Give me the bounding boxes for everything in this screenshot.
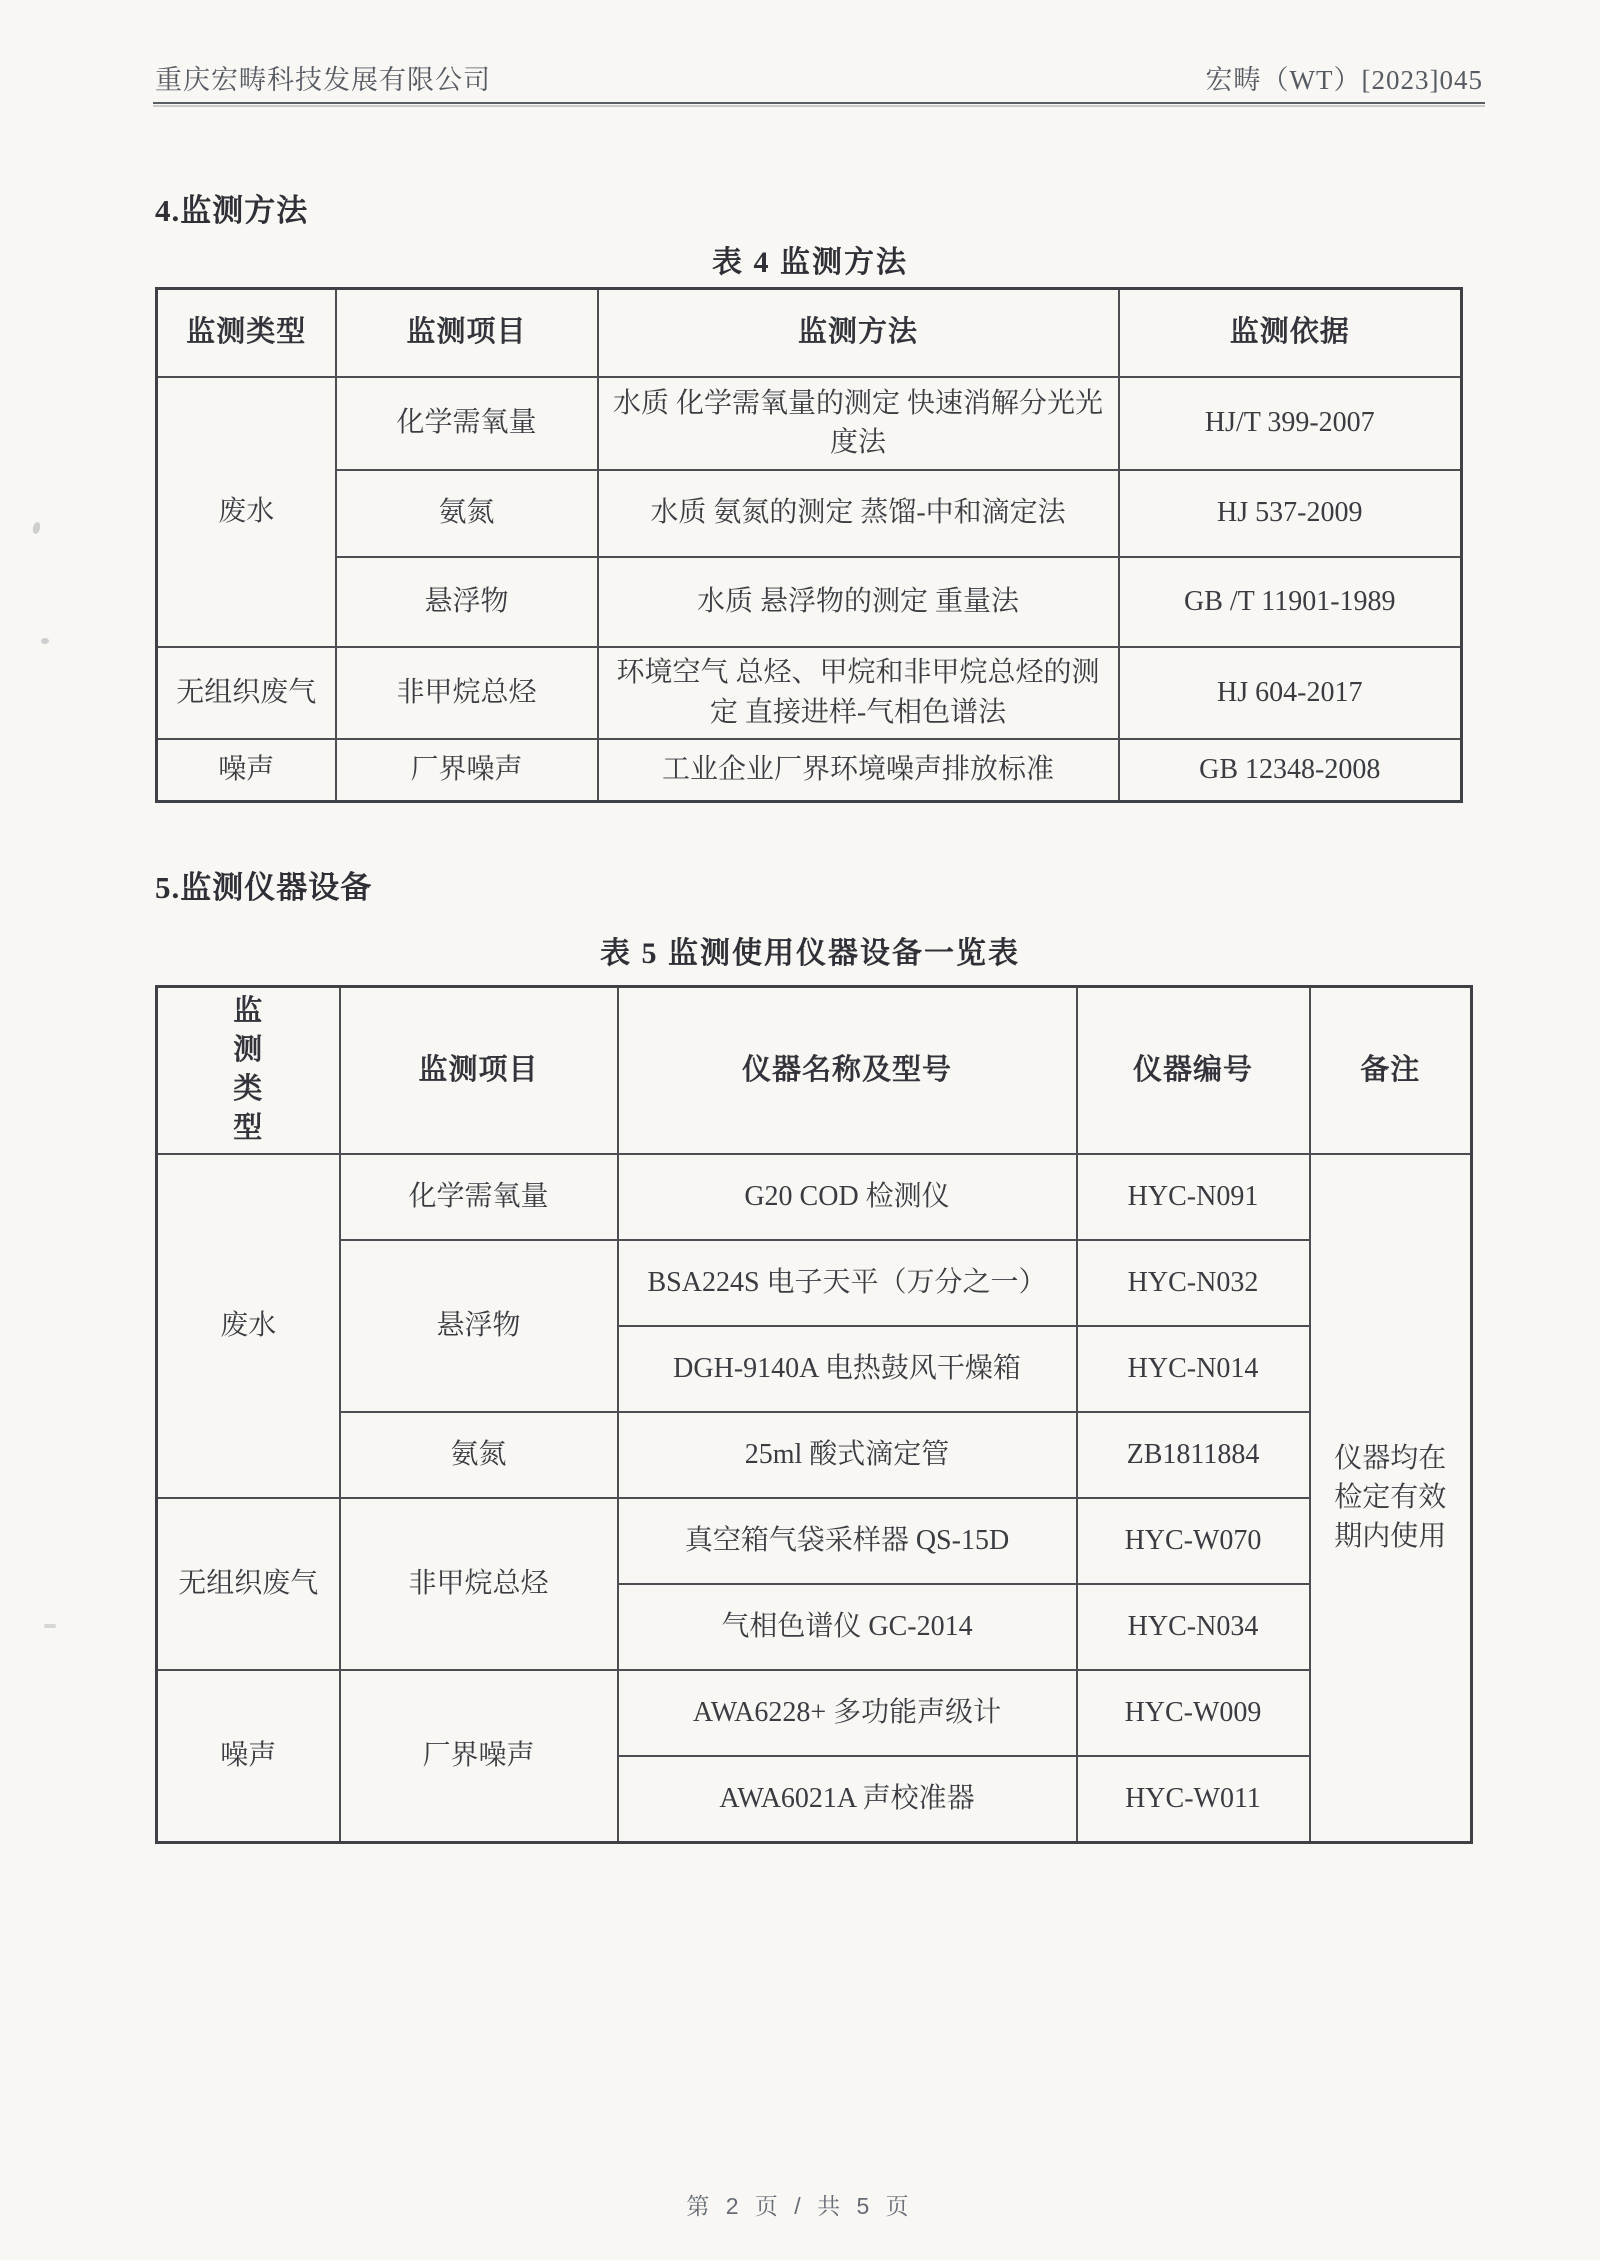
instrument-code-cell: HYC-N034 <box>1077 1584 1310 1670</box>
instrument-code-cell: HYC-N032 <box>1077 1240 1310 1326</box>
monitor-item-cell: 化学需氧量 <box>340 1154 618 1240</box>
scan-artifact <box>41 638 49 644</box>
instrument-code-cell: HYC-N091 <box>1077 1154 1310 1240</box>
column-header-monitor-type: 监测类型 <box>157 987 340 1155</box>
column-header-instrument-name: 仪器名称及型号 <box>618 987 1077 1155</box>
scan-artifact <box>32 521 42 534</box>
table-row: 悬浮物 水质 悬浮物的测定 重量法 GB /T 11901-1989 <box>157 557 1462 647</box>
remark-cell: 仪器均在检定有效期内使用 <box>1310 1154 1472 1842</box>
monitor-method-cell: 工业企业厂界环境噪声排放标准 <box>598 739 1119 802</box>
monitor-item-cell: 悬浮物 <box>336 557 598 647</box>
monitor-type-cell: 无组织废气 <box>157 647 336 739</box>
monitor-method-cell: 水质 氨氮的测定 蒸馏-中和滴定法 <box>598 470 1119 557</box>
monitor-item-cell: 厂界噪声 <box>340 1670 618 1842</box>
instrument-code-cell: HYC-W011 <box>1077 1756 1310 1842</box>
instrument-code-cell: HYC-W009 <box>1077 1670 1310 1756</box>
instrument-name-cell: G20 COD 检测仪 <box>618 1154 1077 1240</box>
column-header-instrument-code: 仪器编号 <box>1077 987 1310 1155</box>
instrument-code-cell: HYC-W070 <box>1077 1498 1310 1584</box>
monitor-basis-cell: HJ 537-2009 <box>1119 470 1462 557</box>
company-name: 重庆宏畴科技发展有限公司 <box>155 58 491 97</box>
table-row: 悬浮物 BSA224S 电子天平（万分之一） HYC-N032 <box>157 1240 1472 1326</box>
monitor-basis-cell: HJ/T 399-2007 <box>1119 377 1462 470</box>
instrument-code-cell: ZB1811884 <box>1077 1412 1310 1498</box>
header-rule <box>153 102 1485 104</box>
monitor-item-cell: 化学需氧量 <box>336 377 598 470</box>
instrument-name-cell: AWA6228+ 多功能声级计 <box>618 1670 1077 1756</box>
monitor-type-cell: 噪声 <box>157 1670 340 1842</box>
column-header-monitor-basis: 监测依据 <box>1119 289 1462 377</box>
table-row: 无组织废气 非甲烷总烃 环境空气 总烃、甲烷和非甲烷总烃的测定 直接进样-气相色… <box>157 647 1462 739</box>
column-header-remark: 备注 <box>1310 987 1472 1155</box>
table4-title: 表 4 监测方法 <box>155 237 1465 281</box>
monitor-item-cell: 氨氮 <box>340 1412 618 1498</box>
instrument-name-cell: DGH-9140A 电热鼓风干燥箱 <box>618 1326 1077 1412</box>
instrument-name-cell: 真空箱气袋采样器 QS-15D <box>618 1498 1077 1584</box>
monitor-item-cell: 非甲烷总烃 <box>340 1498 618 1670</box>
section5-heading: 5.监测仪器设备 <box>155 862 372 907</box>
monitor-type-cell: 废水 <box>157 1154 340 1498</box>
instrument-name-cell: 25ml 酸式滴定管 <box>618 1412 1077 1498</box>
scanned-document-page: 重庆宏畴科技发展有限公司 宏畴（WT）[2023]045 4.监测方法 表 4 … <box>0 0 1600 2260</box>
monitor-method-cell: 环境空气 总烃、甲烷和非甲烷总烃的测定 直接进样-气相色谱法 <box>598 647 1119 739</box>
monitor-type-cell: 噪声 <box>157 739 336 802</box>
page-number: 第 2 页 / 共 5 页 <box>686 2193 913 2219</box>
page-header: 重庆宏畴科技发展有限公司 宏畴（WT）[2023]045 <box>155 58 1483 97</box>
table-monitoring-methods: 监测类型 监测项目 监测方法 监测依据 废水 化学需氧量 水质 化学需氧量的测定… <box>155 287 1463 803</box>
table5-header-row: 监测类型 监测项目 仪器名称及型号 仪器编号 备注 <box>157 987 1472 1155</box>
instrument-name-cell: BSA224S 电子天平（万分之一） <box>618 1240 1077 1326</box>
doc-number: 宏畴（WT）[2023]045 <box>1206 58 1483 97</box>
monitor-item-cell: 悬浮物 <box>340 1240 618 1412</box>
monitor-item-cell: 厂界噪声 <box>336 739 598 802</box>
monitor-type-cell: 无组织废气 <box>157 1498 340 1670</box>
table-row: 氨氮 25ml 酸式滴定管 ZB1811884 <box>157 1412 1472 1498</box>
monitor-item-cell: 氨氮 <box>336 470 598 557</box>
scan-artifact <box>44 1624 56 1628</box>
table4-header-row: 监测类型 监测项目 监测方法 监测依据 <box>157 289 1462 377</box>
monitor-basis-cell: GB 12348-2008 <box>1119 739 1462 802</box>
column-header-monitor-type-label: 监测类型 <box>219 992 277 1149</box>
monitor-method-cell: 水质 化学需氧量的测定 快速消解分光光度法 <box>598 377 1119 470</box>
table-row: 噪声 厂界噪声 工业企业厂界环境噪声排放标准 GB 12348-2008 <box>157 739 1462 802</box>
monitor-basis-cell: HJ 604-2017 <box>1119 647 1462 739</box>
instrument-name-cell: 气相色谱仪 GC-2014 <box>618 1584 1077 1670</box>
page-footer: 第 2 页 / 共 5 页 <box>0 2188 1600 2221</box>
table-row: 废水 化学需氧量 G20 COD 检测仪 HYC-N091 仪器均在检定有效期内… <box>157 1154 1472 1240</box>
table-instrument-list: 监测类型 监测项目 仪器名称及型号 仪器编号 备注 废水 化学需氧量 G20 C… <box>155 985 1473 1844</box>
monitor-basis-cell: GB /T 11901-1989 <box>1119 557 1462 647</box>
column-header-monitor-item: 监测项目 <box>340 987 618 1155</box>
monitor-item-cell: 非甲烷总烃 <box>336 647 598 739</box>
table-row: 无组织废气 非甲烷总烃 真空箱气袋采样器 QS-15D HYC-W070 <box>157 1498 1472 1584</box>
instrument-code-cell: HYC-N014 <box>1077 1326 1310 1412</box>
monitor-method-cell: 水质 悬浮物的测定 重量法 <box>598 557 1119 647</box>
table-row: 氨氮 水质 氨氮的测定 蒸馏-中和滴定法 HJ 537-2009 <box>157 470 1462 557</box>
monitor-type-cell: 废水 <box>157 377 336 647</box>
table5-title: 表 5 监测使用仪器设备一览表 <box>155 928 1465 972</box>
column-header-monitor-type: 监测类型 <box>157 289 336 377</box>
section4-heading: 4.监测方法 <box>155 185 308 230</box>
table-row: 废水 化学需氧量 水质 化学需氧量的测定 快速消解分光光度法 HJ/T 399-… <box>157 377 1462 470</box>
instrument-name-cell: AWA6021A 声校准器 <box>618 1756 1077 1842</box>
table-row: 噪声 厂界噪声 AWA6228+ 多功能声级计 HYC-W009 <box>157 1670 1472 1756</box>
column-header-monitor-method: 监测方法 <box>598 289 1119 377</box>
column-header-monitor-item: 监测项目 <box>336 289 598 377</box>
